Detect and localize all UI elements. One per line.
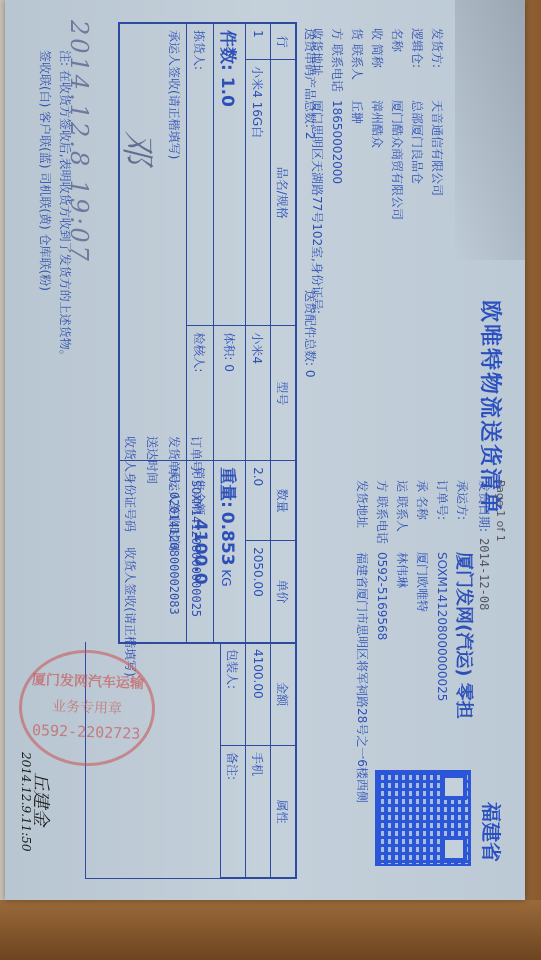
packer-label: 包装人:: [226, 649, 240, 689]
ship-no-value: 02014120800002083: [167, 492, 181, 615]
summary-order-no-value: SOXM141208000000025: [189, 480, 203, 617]
consignee-name-label: 名称: [387, 28, 407, 100]
carrier-label: 承运方:: [452, 480, 472, 552]
carrier-value: 厦门发网(汽运) 零担: [453, 552, 474, 719]
table-row: 1 小米4 16G白 小米4 2.0 2050.00: [246, 24, 271, 643]
ship-date-value: 2014-12-08: [477, 538, 491, 610]
summary-row-1: 件数: 1.0 体积: 0 重量: 0.853 KG: [214, 24, 246, 643]
header-qty: 数量: [271, 461, 296, 541]
sn-count-label: 送货串码产品总数:: [303, 28, 317, 128]
arrival-time-label: 送达时间: [145, 436, 159, 484]
carrier-contact-label: 运 联系人: [392, 480, 412, 552]
table-header-row: 行 品名/规格 型号 数量 单价: [271, 24, 296, 643]
warehouse-value: 总部厦门良品仓: [410, 100, 424, 184]
stamp-purpose: 业务专用章: [22, 695, 153, 720]
accessory-count-row: 送货配件总数: 0: [302, 290, 319, 378]
cell-attribute: 手机: [246, 746, 271, 878]
cell-model: 小米4: [246, 326, 271, 461]
sn-count-value: 2: [303, 132, 317, 140]
carrier-address-value: 福建省厦门市思明区将军祠路28号之一6楼西侧: [355, 552, 369, 803]
remark-label: 备注:: [226, 752, 240, 780]
note-line-2: 签收联(白) 客户联(蓝) 司机联(黄) 仓库联(粉): [35, 50, 55, 362]
volume-value: 0: [222, 364, 236, 372]
carrier-phone-label: 方 联系电话: [372, 480, 392, 552]
header-attribute: 属性: [271, 746, 296, 878]
carrier-contact-value: 林伟琳: [395, 552, 409, 588]
warehouse-label: 逻辑仓:: [407, 28, 427, 100]
paper-fold-shadow: [455, 0, 525, 260]
weight-unit: KG: [219, 569, 233, 586]
carrier-phone-value: 0592-5169568: [375, 552, 389, 640]
page-info: Page 1 of 1: [494, 480, 507, 542]
summary-order-no-label: 订单号:: [189, 436, 203, 476]
remark-cell: 备注:: [221, 746, 246, 878]
consignee-contact-label: 货 联系人: [347, 28, 367, 100]
sender-block: 发货方:天音通信有限公司 逻辑仓:总部厦门良品仓 名称厦门酷众商贸有限公司 收 …: [307, 28, 447, 314]
ship-date-row: 发货日期:2014-12-08: [476, 480, 493, 610]
table-surface: [0, 900, 541, 960]
order-info-block: 订单号: SOXM141208000000025 发货单号: 020141208…: [119, 436, 207, 677]
carrier-sign-cell: 承运人签收(请正楷填写): [120, 24, 187, 461]
shipper-label: 发货方:: [427, 28, 447, 100]
weight-label: 重量:: [217, 467, 237, 508]
volume-cell: 体积: 0: [214, 326, 246, 461]
qr-code-icon: [377, 772, 469, 864]
consignee-short-label: 收 简称: [367, 28, 387, 100]
province-label: 福建省: [478, 802, 507, 862]
header-amount: 金额: [271, 643, 296, 746]
consignee-contact-value: 丘翀: [350, 100, 364, 124]
pieces-label: 件数:: [217, 30, 237, 71]
checker-label: 检核人:: [193, 332, 207, 372]
carrier-block: 承运方:厦门发网(汽运) 零担 订单号:SOXM141208000000025 …: [352, 480, 473, 803]
pieces-cell: 件数: 1.0: [214, 24, 246, 326]
consignee-short-value: 漳州酷众: [370, 100, 384, 148]
order-no-label: 订单号:: [432, 480, 452, 552]
receiver-id-label: 收货人身份证号码: [123, 436, 137, 532]
accessory-count-value: 0: [303, 370, 317, 378]
receiver-sign-label: 收货人签收(请正楷填写): [123, 547, 137, 676]
right-data-row: 4100.00 手机: [246, 643, 271, 878]
stamp-phone: 0592-2202723: [21, 721, 152, 744]
carrier-sign-label: 承运人签收(请正楷填写): [167, 30, 181, 159]
weight-value: 0.853: [217, 512, 237, 566]
right-summary-row: 包装人: 备注:: [221, 643, 246, 878]
header-name-spec: 品名/规格: [271, 60, 296, 326]
ship-no-label: 发货单号:: [167, 436, 181, 488]
cell-name-spec: 小米4 16G白: [246, 60, 271, 326]
consignee-name-value: 厦门酷众商贸有限公司: [390, 100, 404, 220]
ship-date-label: 发货日期:: [477, 480, 491, 532]
carrier-name-label: 承 名称: [412, 480, 432, 552]
cell-amount: 4100.00: [246, 643, 271, 746]
cell-qty: 2.0: [246, 461, 271, 541]
shipper-value: 天音通信有限公司: [430, 100, 444, 196]
consignee-phone-label: 方 联系电话: [327, 28, 347, 100]
right-header-row: 金额 属性: [271, 643, 296, 878]
packer-cell: 包装人:: [221, 643, 246, 746]
order-no-value: SOXM141208000000025: [435, 552, 449, 701]
header-line: 行: [271, 24, 296, 60]
header-unit-price: 单价: [271, 541, 296, 643]
pieces-value: 1.0: [217, 77, 237, 107]
carrier-name-value: 厦门欧唯特: [415, 552, 429, 612]
delivery-waybill: 欧唯特物流送货清单 福建省 Page 1 of 1 发货日期:2014-12-0…: [5, 0, 525, 900]
cell-unit-price: 2050.00: [246, 541, 271, 643]
accessory-count-label: 送货配件总数:: [303, 290, 317, 366]
stamp-company: 厦门发网汽车运输: [23, 669, 154, 694]
cell-line: 1: [246, 24, 271, 60]
weight-cell: 重量: 0.853 KG: [214, 461, 246, 643]
picker-label: 拣货人:: [193, 30, 207, 70]
header-model: 型号: [271, 326, 296, 461]
carrier-address-label: 发货地址: [352, 480, 372, 552]
receiver-handwritten-datetime: 2014.12.9.11:50: [19, 752, 33, 851]
carrier-handwritten-signature: 邓: [116, 130, 165, 164]
sn-count-row: 送货串码产品总数: 2: [302, 28, 319, 140]
consignee-phone-value: 18650002000: [330, 100, 344, 184]
volume-label: 体积:: [222, 332, 236, 360]
carrier-handwritten-datetime: 2014.12.8 19:07: [65, 20, 93, 264]
picker-cell: 拣货人:: [187, 24, 214, 326]
